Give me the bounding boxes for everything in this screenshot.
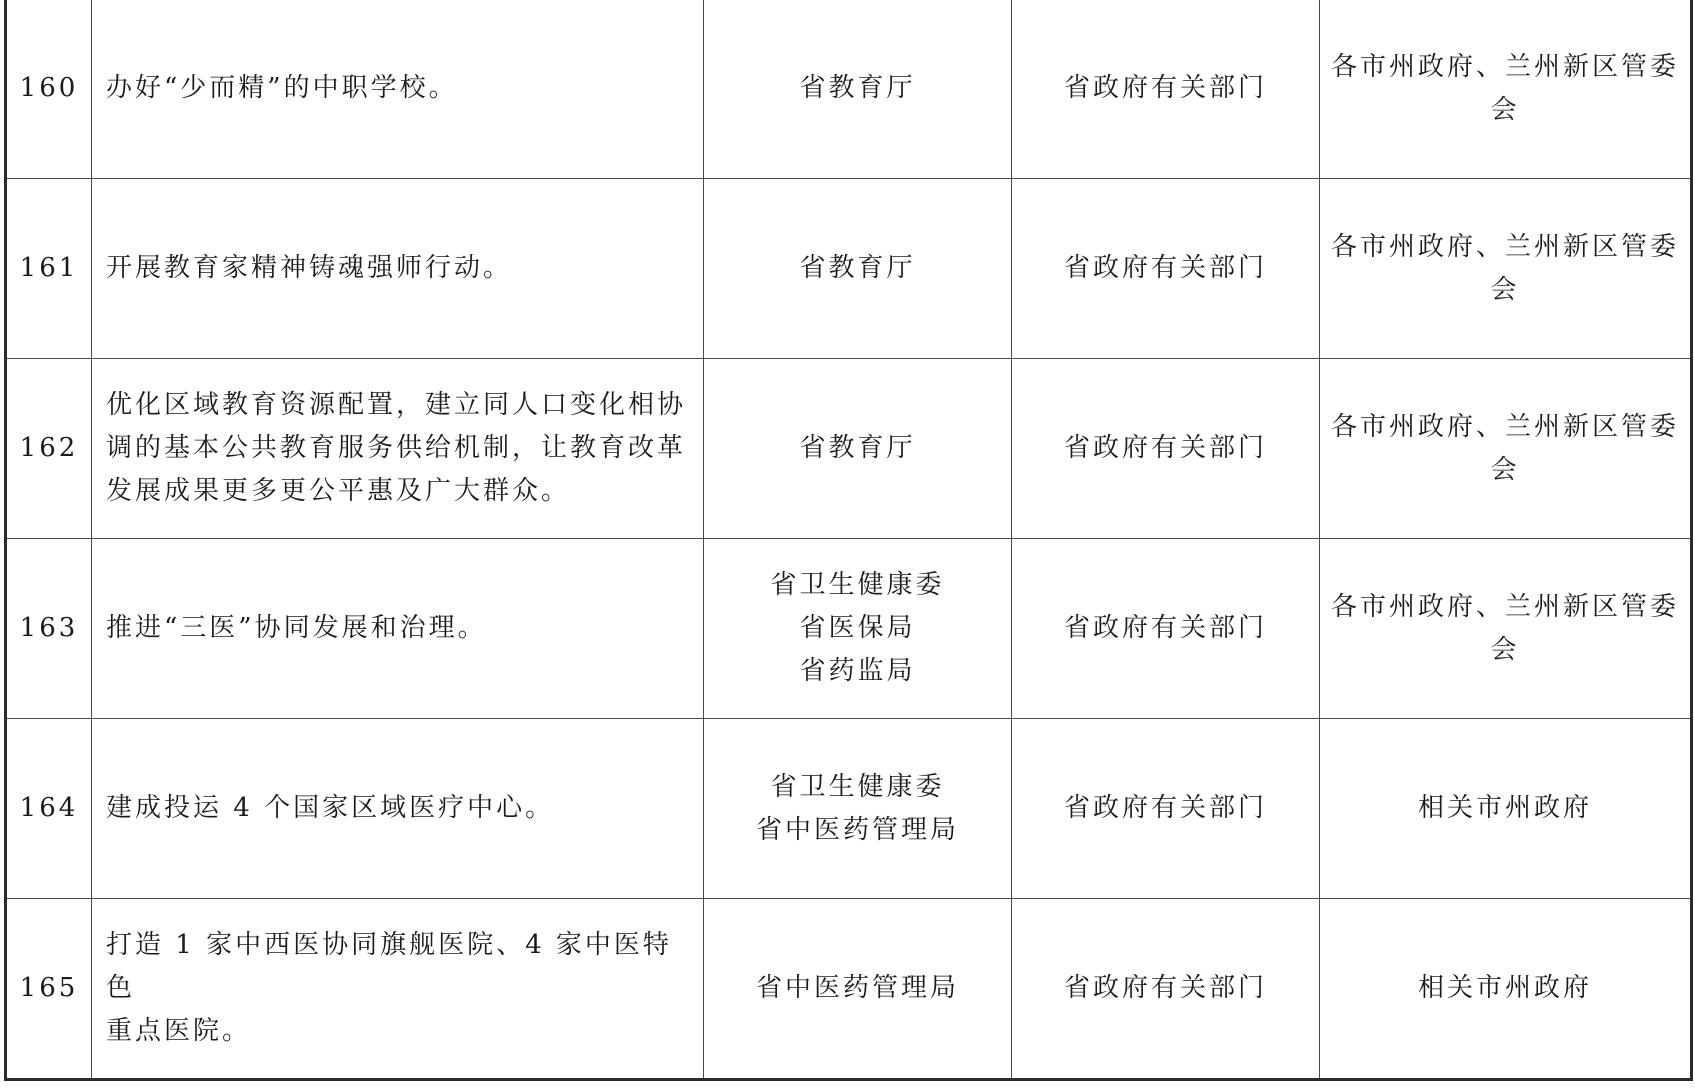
lead-unit: 省卫生健康委 省中医药管理局	[704, 719, 1012, 899]
lead-unit: 省教育厅	[704, 0, 1012, 179]
cooperating-unit: 省政府有关部门	[1012, 539, 1320, 719]
cooperating-unit: 省政府有关部门	[1012, 0, 1320, 179]
lead-unit-line: 省中医药管理局	[704, 809, 1011, 852]
task-description: 优化区域教育资源配置，建立同人口变化相协 调的基本公共教育服务供给机制，让教育改…	[92, 359, 704, 539]
table-row: 163 推进“三医”协同发展和治理。 省卫生健康委 省医保局 省药监局 省政府有…	[6, 539, 1692, 719]
implementing-unit: 相关市州政府	[1320, 719, 1692, 899]
lead-unit: 省教育厅	[704, 359, 1012, 539]
task-line: 打造 1 家中西医协同旗舰医院、4 家中医特色	[106, 924, 693, 1010]
implementing-unit: 各市州政府、兰州新区管委会	[1320, 179, 1692, 359]
task-description: 打造 1 家中西医协同旗舰医院、4 家中医特色 重点医院。	[92, 899, 704, 1080]
task-line: 办好“少而精”的中职学校。	[106, 67, 693, 110]
row-number: 162	[6, 359, 92, 539]
lead-unit-line: 省卫生健康委	[704, 564, 1011, 607]
row-number: 165	[6, 899, 92, 1080]
lead-unit: 省卫生健康委 省医保局 省药监局	[704, 539, 1012, 719]
implementing-unit: 各市州政府、兰州新区管委会	[1320, 359, 1692, 539]
row-number: 160	[6, 0, 92, 179]
implementing-unit: 各市州政府、兰州新区管委会	[1320, 0, 1692, 179]
lead-unit: 省教育厅	[704, 179, 1012, 359]
table-row: 161 开展教育家精神铸魂强师行动。 省教育厅 省政府有关部门 各市州政府、兰州…	[6, 179, 1692, 359]
lead-unit-line: 省教育厅	[704, 247, 1011, 290]
lead-unit: 省中医药管理局	[704, 899, 1012, 1080]
task-description: 办好“少而精”的中职学校。	[92, 0, 704, 179]
cooperating-unit: 省政府有关部门	[1012, 899, 1320, 1080]
lead-unit-line: 省药监局	[704, 650, 1011, 693]
row-number: 164	[6, 719, 92, 899]
task-table: 160 办好“少而精”的中职学校。 省教育厅 省政府有关部门 各市州政府、兰州新…	[4, 0, 1693, 1081]
lead-unit-line: 省卫生健康委	[704, 766, 1011, 809]
task-line: 开展教育家精神铸魂强师行动。	[106, 247, 693, 290]
row-number: 163	[6, 539, 92, 719]
task-line: 建成投运 4 个国家区域医疗中心。	[106, 787, 693, 830]
task-line: 优化区域教育资源配置，建立同人口变化相协	[106, 384, 693, 427]
table-row: 164 建成投运 4 个国家区域医疗中心。 省卫生健康委 省中医药管理局 省政府…	[6, 719, 1692, 899]
cooperating-unit: 省政府有关部门	[1012, 359, 1320, 539]
table-row: 162 优化区域教育资源配置，建立同人口变化相协 调的基本公共教育服务供给机制，…	[6, 359, 1692, 539]
implementing-unit: 相关市州政府	[1320, 899, 1692, 1080]
task-line: 发展成果更多更公平惠及广大群众。	[106, 470, 693, 513]
table-row: 160 办好“少而精”的中职学校。 省教育厅 省政府有关部门 各市州政府、兰州新…	[6, 0, 1692, 179]
lead-unit-line: 省教育厅	[704, 427, 1011, 470]
task-line: 推进“三医”协同发展和治理。	[106, 607, 693, 650]
lead-unit-line: 省医保局	[704, 607, 1011, 650]
task-description: 推进“三医”协同发展和治理。	[92, 539, 704, 719]
implementing-unit: 各市州政府、兰州新区管委会	[1320, 539, 1692, 719]
task-description: 开展教育家精神铸魂强师行动。	[92, 179, 704, 359]
cooperating-unit: 省政府有关部门	[1012, 179, 1320, 359]
row-number: 161	[6, 179, 92, 359]
lead-unit-line: 省中医药管理局	[704, 967, 1011, 1010]
cooperating-unit: 省政府有关部门	[1012, 719, 1320, 899]
task-description: 建成投运 4 个国家区域医疗中心。	[92, 719, 704, 899]
lead-unit-line: 省教育厅	[704, 67, 1011, 110]
task-line: 重点医院。	[106, 1010, 693, 1053]
table-row: 165 打造 1 家中西医协同旗舰医院、4 家中医特色 重点医院。 省中医药管理…	[6, 899, 1692, 1080]
task-line: 调的基本公共教育服务供给机制，让教育改革	[106, 427, 693, 470]
